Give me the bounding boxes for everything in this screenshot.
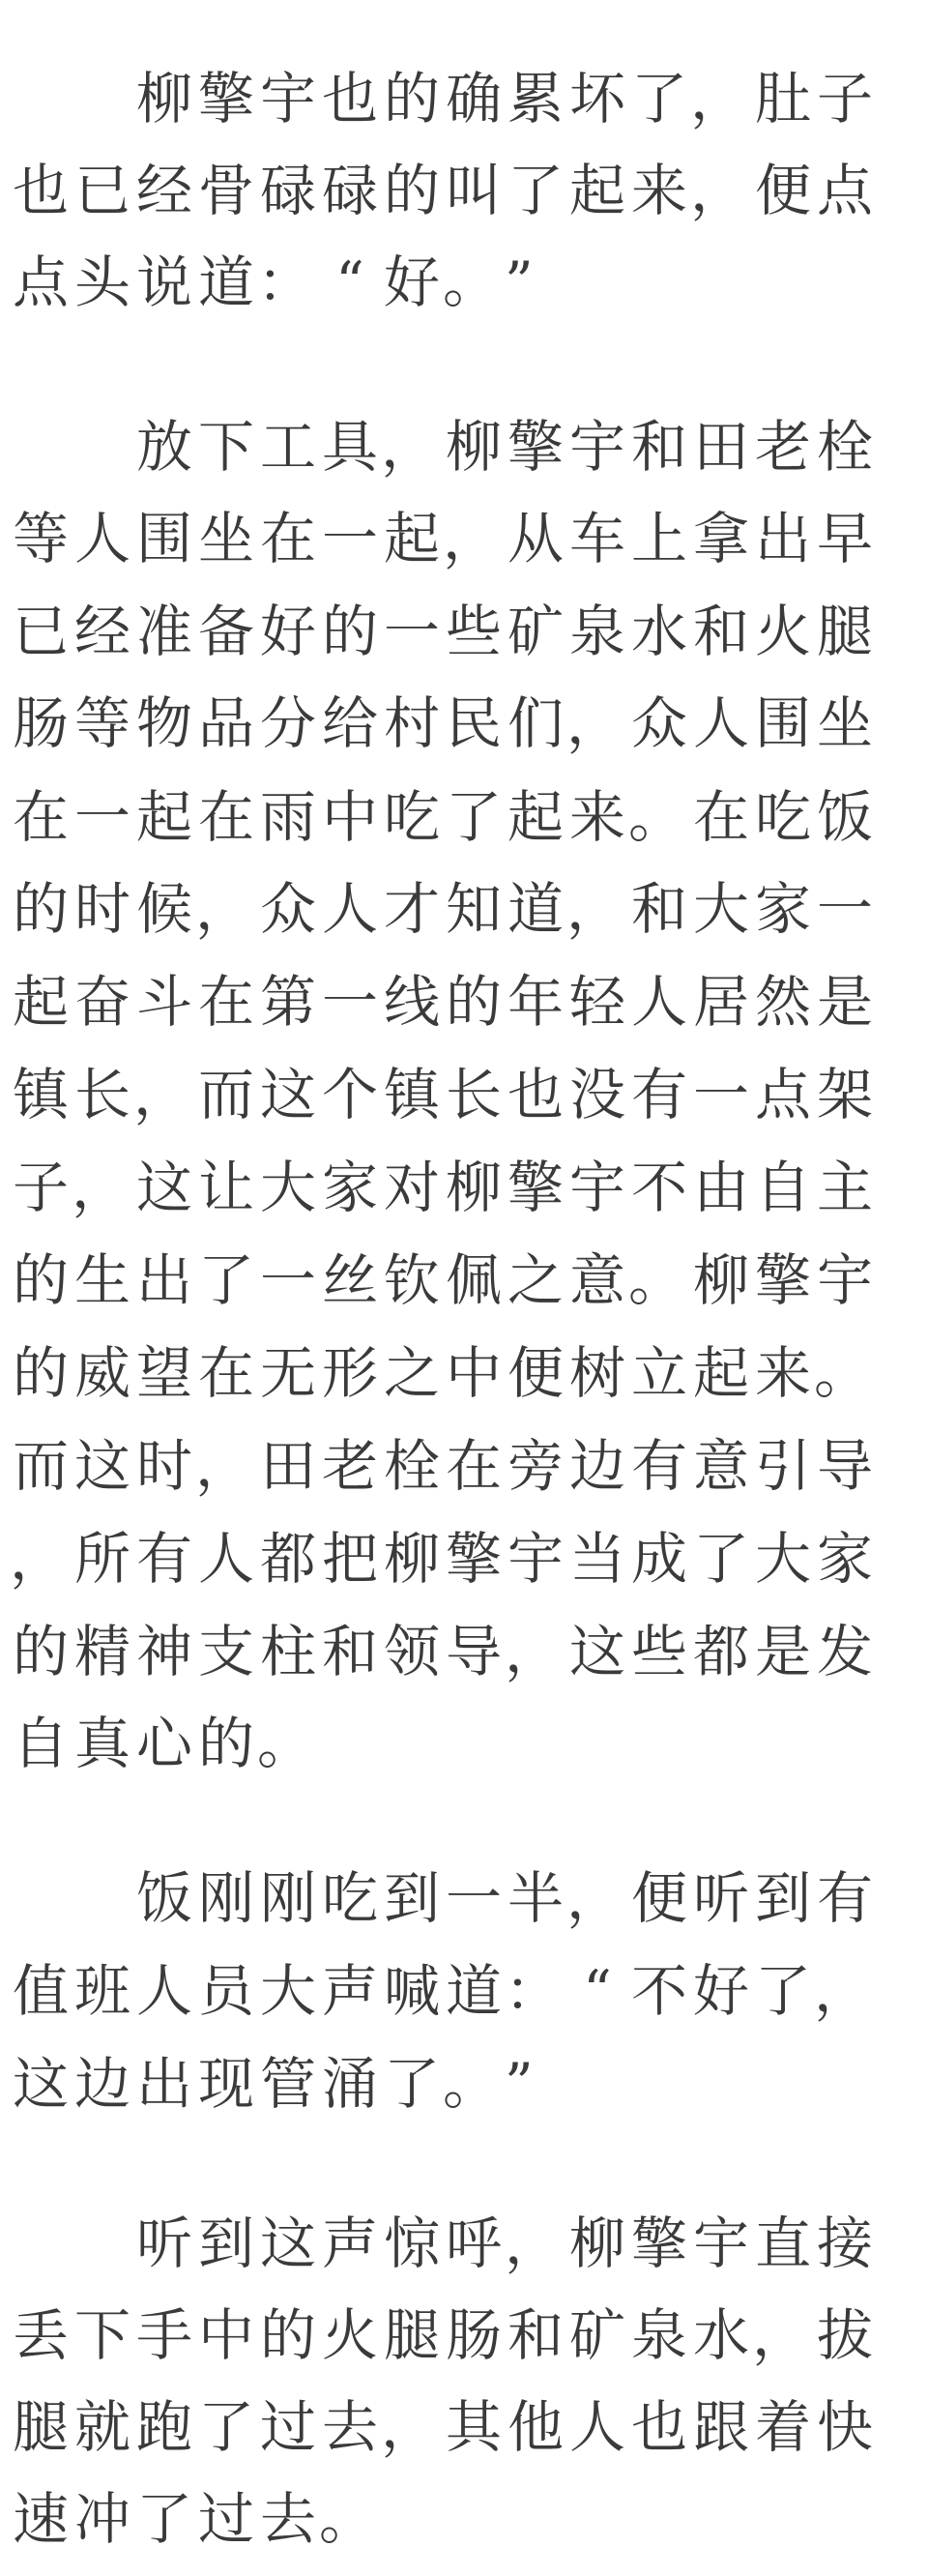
glyph: 柳 bbox=[690, 1245, 752, 1315]
glyph: 吃 bbox=[319, 1863, 381, 1933]
glyph: 时 bbox=[133, 1431, 195, 1501]
glyph: 村 bbox=[381, 688, 443, 758]
glyph: 速 bbox=[10, 2484, 72, 2554]
glyph: 值 bbox=[10, 1956, 72, 2026]
glyph: 和 bbox=[628, 874, 690, 944]
glyph: 把 bbox=[319, 1524, 381, 1594]
glyph: 才 bbox=[381, 874, 443, 944]
glyph: ， bbox=[381, 2392, 443, 2462]
glyph: 火 bbox=[319, 2300, 381, 2370]
glyph: 人 bbox=[566, 2392, 628, 2462]
glyph: 火 bbox=[752, 597, 814, 666]
glyph: 所 bbox=[72, 1524, 133, 1594]
indent-space bbox=[10, 412, 72, 482]
glyph: 出 bbox=[133, 2049, 195, 2119]
glyph: 工 bbox=[257, 412, 319, 482]
glyph: 雨 bbox=[257, 782, 319, 852]
glyph: 。 bbox=[319, 2484, 381, 2554]
glyph: 丝 bbox=[319, 1245, 381, 1315]
indent-space bbox=[10, 64, 72, 133]
glyph: 下 bbox=[195, 412, 257, 482]
glyph: 的 bbox=[10, 874, 72, 944]
glyph: 水 bbox=[628, 597, 690, 666]
text-line: 等人围坐在一起，从车上拿出早 bbox=[10, 504, 876, 573]
glyph: 拿 bbox=[690, 504, 752, 573]
glyph: 柳 bbox=[133, 64, 195, 133]
glyph: 而 bbox=[10, 1431, 72, 1501]
glyph: 让 bbox=[195, 1153, 257, 1222]
glyph: 过 bbox=[195, 2484, 257, 2554]
glyph: 刚 bbox=[257, 1863, 319, 1933]
glyph: ， bbox=[133, 1060, 195, 1129]
glyph: 树 bbox=[566, 1338, 628, 1408]
glyph: 放 bbox=[133, 412, 195, 482]
glyph: 和 bbox=[690, 597, 752, 666]
glyph: 一 bbox=[319, 504, 381, 573]
glyph: 的 bbox=[319, 597, 381, 666]
text-line: 子，这让大家对柳擎宇不由自主 bbox=[10, 1153, 876, 1222]
glyph: ， bbox=[443, 504, 505, 573]
glyph: 田 bbox=[690, 412, 752, 482]
glyph: 这 bbox=[72, 1431, 133, 1501]
glyph: 宇 bbox=[505, 1524, 566, 1594]
glyph: 骨 bbox=[195, 156, 257, 225]
text-line: 也已经骨碌碌的叫了起来，便点 bbox=[10, 156, 876, 225]
glyph: 有 bbox=[628, 1431, 690, 1501]
glyph: 自 bbox=[752, 1153, 814, 1222]
glyph: 导 bbox=[443, 1617, 505, 1686]
glyph: 边 bbox=[566, 1431, 628, 1501]
glyph: 现 bbox=[195, 2049, 257, 2119]
glyph: 也 bbox=[10, 156, 72, 225]
glyph: 擎 bbox=[443, 1524, 505, 1594]
glyph: 员 bbox=[195, 1956, 257, 2026]
text-line: ，所有人都把柳擎宇当成了大家 bbox=[10, 1524, 876, 1594]
glyph: “ bbox=[566, 1956, 628, 2026]
glyph: 望 bbox=[133, 1338, 195, 1408]
glyph: 好 bbox=[690, 1956, 752, 2026]
glyph: 刚 bbox=[195, 1863, 257, 1933]
glyph: 好 bbox=[381, 248, 443, 317]
indent-space bbox=[72, 2209, 133, 2278]
glyph: ” bbox=[505, 248, 566, 317]
glyph: ， bbox=[566, 874, 628, 944]
glyph: 说 bbox=[133, 248, 195, 317]
text-line: 已经准备好的一些矿泉水和火腿 bbox=[10, 597, 876, 666]
text-line: 在一起在雨中吃了起来。在吃饭 bbox=[10, 782, 876, 852]
glyph: 等 bbox=[10, 504, 72, 573]
glyph: 在 bbox=[195, 782, 257, 852]
glyph: 道 bbox=[443, 1956, 505, 2026]
glyph: 是 bbox=[752, 1617, 814, 1686]
glyph: 一 bbox=[814, 874, 876, 944]
glyph: 和 bbox=[505, 2300, 566, 2370]
glyph: 和 bbox=[319, 1617, 381, 1686]
glyph: 的 bbox=[381, 64, 443, 133]
glyph: ， bbox=[195, 1431, 257, 1501]
glyph: 对 bbox=[381, 1153, 443, 1222]
glyph: ” bbox=[505, 2049, 566, 2119]
glyph: 有 bbox=[133, 1524, 195, 1594]
glyph: 了 bbox=[628, 64, 690, 133]
glyph: 子 bbox=[10, 1153, 72, 1222]
glyph: 了 bbox=[443, 782, 505, 852]
glyph: 大 bbox=[257, 1153, 319, 1222]
text-line: 饭刚刚吃到一半，便听到有 bbox=[10, 1863, 876, 1933]
text-line: 速冲了过去。 bbox=[10, 2484, 381, 2554]
glyph: 众 bbox=[628, 688, 690, 758]
glyph: 去 bbox=[257, 2484, 319, 2554]
glyph: 呼 bbox=[443, 2209, 505, 2278]
glyph: 宇 bbox=[566, 412, 628, 482]
glyph: 人 bbox=[628, 967, 690, 1037]
glyph: 在 bbox=[195, 967, 257, 1037]
glyph: 饭 bbox=[133, 1863, 195, 1933]
glyph: 跑 bbox=[133, 2392, 195, 2462]
glyph: 来 bbox=[566, 782, 628, 852]
glyph: 拔 bbox=[814, 2300, 876, 2370]
indent-space bbox=[72, 64, 133, 133]
glyph: 没 bbox=[566, 1060, 628, 1129]
glyph: 腿 bbox=[381, 2300, 443, 2370]
glyph: 听 bbox=[690, 1863, 752, 1933]
glyph: 道 bbox=[505, 874, 566, 944]
glyph: 旁 bbox=[505, 1431, 566, 1501]
glyph: 由 bbox=[690, 1153, 752, 1222]
glyph: 。 bbox=[814, 1338, 876, 1408]
glyph: 人 bbox=[690, 688, 752, 758]
glyph: 柳 bbox=[381, 1524, 443, 1594]
glyph: 。 bbox=[257, 1709, 319, 1778]
text-line: 自真心的。 bbox=[10, 1709, 319, 1778]
glyph: 人 bbox=[72, 504, 133, 573]
glyph: 大 bbox=[752, 1524, 814, 1594]
glyph: ， bbox=[72, 1153, 133, 1222]
glyph: 们 bbox=[505, 688, 566, 758]
glyph: 的 bbox=[195, 1709, 257, 1778]
glyph: 。 bbox=[628, 782, 690, 852]
glyph: 声 bbox=[319, 2209, 381, 2278]
glyph: 肠 bbox=[10, 688, 72, 758]
glyph: 个 bbox=[319, 1060, 381, 1129]
glyph: 在 bbox=[10, 782, 72, 852]
glyph: 的 bbox=[10, 1338, 72, 1408]
glyph: 吃 bbox=[752, 782, 814, 852]
text-line: 值班人员大声喊道：“不好了， bbox=[10, 1956, 876, 2026]
glyph: 些 bbox=[628, 1617, 690, 1686]
glyph: ： bbox=[257, 248, 319, 317]
glyph: 都 bbox=[257, 1524, 319, 1594]
glyph: 经 bbox=[72, 597, 133, 666]
glyph: 导 bbox=[814, 1431, 876, 1501]
document-page: 柳擎宇也的确累坏了，肚子 也已经骨碌碌的叫了起来，便点 点头说道：“好。” 放下… bbox=[0, 0, 928, 2576]
glyph: 大 bbox=[257, 1956, 319, 2026]
glyph: 意 bbox=[566, 1245, 628, 1315]
glyph: 这 bbox=[10, 2049, 72, 2119]
glyph: 。 bbox=[628, 1245, 690, 1315]
glyph: 这 bbox=[566, 1617, 628, 1686]
glyph: 一 bbox=[690, 1060, 752, 1129]
glyph: 了 bbox=[505, 156, 566, 225]
glyph: ， bbox=[505, 1617, 566, 1686]
glyph: 也 bbox=[628, 2392, 690, 2462]
glyph: 引 bbox=[752, 1431, 814, 1501]
glyph: 跟 bbox=[690, 2392, 752, 2462]
glyph: 了 bbox=[195, 2392, 257, 2462]
glyph: 人 bbox=[319, 874, 381, 944]
text-line: 镇长，而这个镇长也没有一点架 bbox=[10, 1060, 876, 1129]
glyph: 擎 bbox=[752, 1245, 814, 1315]
glyph: 点 bbox=[752, 1060, 814, 1129]
glyph: 从 bbox=[505, 504, 566, 573]
glyph: 老 bbox=[752, 412, 814, 482]
glyph: 和 bbox=[628, 412, 690, 482]
glyph: 好 bbox=[257, 597, 319, 666]
glyph: 坐 bbox=[814, 688, 876, 758]
glyph: 而 bbox=[195, 1060, 257, 1129]
glyph: 真 bbox=[72, 1709, 133, 1778]
glyph: 到 bbox=[195, 2209, 257, 2278]
glyph: ： bbox=[505, 1956, 566, 2026]
glyph: 宇 bbox=[814, 1245, 876, 1315]
glyph: 居 bbox=[690, 967, 752, 1037]
glyph: 宇 bbox=[566, 1153, 628, 1222]
glyph: 腿 bbox=[10, 2392, 72, 2462]
glyph: 肚 bbox=[752, 64, 814, 133]
glyph: 道 bbox=[195, 248, 257, 317]
glyph: 长 bbox=[443, 1060, 505, 1129]
text-line: 丢下手中的火腿肠和矿泉水，拔 bbox=[10, 2300, 876, 2370]
glyph: ， bbox=[566, 1863, 628, 1933]
glyph: 坐 bbox=[195, 504, 257, 573]
glyph: 涌 bbox=[319, 2049, 381, 2119]
glyph: “ bbox=[319, 248, 381, 317]
glyph: 知 bbox=[443, 874, 505, 944]
glyph: 老 bbox=[319, 1431, 381, 1501]
text-line: 放下工具，柳擎宇和田老栓 bbox=[10, 412, 876, 482]
glyph: 这 bbox=[257, 2209, 319, 2278]
glyph: 有 bbox=[814, 1863, 876, 1933]
glyph: 围 bbox=[133, 504, 195, 573]
glyph: 这 bbox=[133, 1153, 195, 1222]
glyph: 到 bbox=[752, 1863, 814, 1933]
glyph: 擎 bbox=[628, 2209, 690, 2278]
glyph: 就 bbox=[72, 2392, 133, 2462]
glyph: 起 bbox=[690, 1338, 752, 1408]
glyph: 了 bbox=[133, 2484, 195, 2554]
glyph: 具 bbox=[319, 412, 381, 482]
glyph: ， bbox=[10, 1524, 72, 1594]
glyph: 下 bbox=[72, 2300, 133, 2370]
indent-space bbox=[72, 1863, 133, 1933]
glyph: 也 bbox=[319, 64, 381, 133]
glyph: 镇 bbox=[10, 1060, 72, 1129]
glyph: 已 bbox=[72, 156, 133, 225]
glyph: 中 bbox=[195, 2300, 257, 2370]
glyph: 的 bbox=[257, 2300, 319, 2370]
glyph: 上 bbox=[628, 504, 690, 573]
glyph: 矿 bbox=[505, 597, 566, 666]
glyph: 班 bbox=[72, 1956, 133, 2026]
glyph: 水 bbox=[690, 2300, 752, 2370]
glyph: ， bbox=[195, 874, 257, 944]
glyph: 不 bbox=[628, 1153, 690, 1222]
glyph: 成 bbox=[628, 1524, 690, 1594]
glyph: 之 bbox=[505, 1245, 566, 1315]
glyph: 发 bbox=[814, 1617, 876, 1686]
glyph: 起 bbox=[505, 782, 566, 852]
glyph: 碌 bbox=[319, 156, 381, 225]
glyph: 。 bbox=[443, 248, 505, 317]
glyph: 车 bbox=[566, 504, 628, 573]
glyph: 起 bbox=[381, 504, 443, 573]
glyph: 人 bbox=[195, 1524, 257, 1594]
glyph: 便 bbox=[752, 156, 814, 225]
glyph: ， bbox=[690, 64, 752, 133]
glyph: 了 bbox=[381, 2049, 443, 2119]
glyph: 了 bbox=[195, 1245, 257, 1315]
glyph: 佩 bbox=[443, 1245, 505, 1315]
text-line: 而这时，田老栓在旁边有意引导 bbox=[10, 1431, 876, 1501]
glyph: 围 bbox=[752, 688, 814, 758]
glyph: 饭 bbox=[814, 782, 876, 852]
glyph: 在 bbox=[443, 1431, 505, 1501]
glyph: ， bbox=[381, 412, 443, 482]
glyph: 去 bbox=[319, 2392, 381, 2462]
glyph: 精 bbox=[72, 1617, 133, 1686]
glyph: 。 bbox=[443, 2049, 505, 2119]
glyph: 些 bbox=[443, 597, 505, 666]
glyph: 有 bbox=[628, 1060, 690, 1129]
glyph: 出 bbox=[133, 1245, 195, 1315]
glyph: 年 bbox=[505, 967, 566, 1037]
glyph: ， bbox=[752, 2300, 814, 2370]
text-line: 起奋斗在第一线的年轻人居然是 bbox=[10, 967, 876, 1037]
glyph: 冲 bbox=[72, 2484, 133, 2554]
glyph: 家 bbox=[752, 874, 814, 944]
glyph: 腿 bbox=[814, 597, 876, 666]
glyph: 等 bbox=[72, 688, 133, 758]
glyph: 丢 bbox=[10, 2300, 72, 2370]
glyph: 来 bbox=[752, 1338, 814, 1408]
glyph: 出 bbox=[752, 504, 814, 573]
text-line: 的精神支柱和领导，这些都是发 bbox=[10, 1617, 876, 1686]
glyph: 主 bbox=[814, 1153, 876, 1222]
glyph: 经 bbox=[133, 156, 195, 225]
glyph: 领 bbox=[381, 1617, 443, 1686]
glyph: 物 bbox=[133, 688, 195, 758]
glyph: ， bbox=[505, 2209, 566, 2278]
glyph: 第 bbox=[257, 967, 319, 1037]
glyph: 人 bbox=[133, 1956, 195, 2026]
glyph: 柱 bbox=[257, 1617, 319, 1686]
glyph: 一 bbox=[72, 782, 133, 852]
glyph: 线 bbox=[381, 967, 443, 1037]
glyph: 泉 bbox=[628, 2300, 690, 2370]
glyph: 早 bbox=[814, 504, 876, 573]
glyph: 是 bbox=[814, 967, 876, 1037]
glyph: 钦 bbox=[381, 1245, 443, 1315]
glyph: 手 bbox=[133, 2300, 195, 2370]
glyph: 镇 bbox=[381, 1060, 443, 1129]
glyph: 众 bbox=[257, 874, 319, 944]
glyph: 到 bbox=[381, 1863, 443, 1933]
glyph: 准 bbox=[133, 597, 195, 666]
glyph: 泉 bbox=[566, 597, 628, 666]
text-line: 的生出了一丝钦佩之意。柳擎宇 bbox=[10, 1245, 876, 1315]
glyph: 之 bbox=[381, 1338, 443, 1408]
glyph: 累 bbox=[505, 64, 566, 133]
glyph: 起 bbox=[10, 967, 72, 1037]
text-line: 肠等物品分给村民们，众人围坐 bbox=[10, 688, 876, 758]
glyph: 威 bbox=[72, 1338, 133, 1408]
glyph: 候 bbox=[133, 874, 195, 944]
text-line: 这边出现管涌了。” bbox=[10, 2049, 566, 2119]
glyph: ， bbox=[690, 156, 752, 225]
glyph: 这 bbox=[257, 1060, 319, 1129]
glyph: 喊 bbox=[381, 1956, 443, 2026]
glyph: 擎 bbox=[505, 1153, 566, 1222]
glyph: ， bbox=[814, 1956, 876, 2026]
glyph: 架 bbox=[814, 1060, 876, 1129]
glyph: 支 bbox=[195, 1617, 257, 1686]
glyph: 不 bbox=[628, 1956, 690, 2026]
glyph: 起 bbox=[133, 782, 195, 852]
glyph: 他 bbox=[505, 2392, 566, 2462]
glyph: 然 bbox=[752, 967, 814, 1037]
glyph: 的 bbox=[443, 967, 505, 1037]
glyph: 吃 bbox=[381, 782, 443, 852]
glyph: 都 bbox=[690, 1617, 752, 1686]
glyph: 民 bbox=[443, 688, 505, 758]
glyph: 半 bbox=[505, 1863, 566, 1933]
glyph: 田 bbox=[257, 1431, 319, 1501]
glyph: 擎 bbox=[505, 412, 566, 482]
glyph: 快 bbox=[814, 2392, 876, 2462]
glyph: 听 bbox=[133, 2209, 195, 2278]
glyph: 的 bbox=[381, 156, 443, 225]
glyph: 中 bbox=[319, 782, 381, 852]
glyph: 的 bbox=[10, 1617, 72, 1686]
glyph: 立 bbox=[628, 1338, 690, 1408]
text-line: 点头说道：“好。” bbox=[10, 248, 566, 317]
glyph: 宇 bbox=[690, 2209, 752, 2278]
glyph: 栓 bbox=[381, 1431, 443, 1501]
glyph: 在 bbox=[257, 504, 319, 573]
text-line: 柳擎宇也的确累坏了，肚子 bbox=[10, 64, 876, 133]
glyph: 家 bbox=[814, 1524, 876, 1594]
glyph: 备 bbox=[195, 597, 257, 666]
glyph: 坏 bbox=[566, 64, 628, 133]
glyph: 边 bbox=[72, 2049, 133, 2119]
glyph: 点 bbox=[814, 156, 876, 225]
glyph: 一 bbox=[319, 967, 381, 1037]
glyph: 起 bbox=[566, 156, 628, 225]
glyph: 长 bbox=[72, 1060, 133, 1129]
glyph: 在 bbox=[195, 1338, 257, 1408]
glyph: 了 bbox=[690, 1524, 752, 1594]
glyph: 擎 bbox=[195, 64, 257, 133]
glyph: 一 bbox=[443, 1863, 505, 1933]
glyph: 生 bbox=[72, 1245, 133, 1315]
glyph: 便 bbox=[628, 1863, 690, 1933]
glyph: 叫 bbox=[443, 156, 505, 225]
text-line: 的威望在无形之中便树立起来。 bbox=[10, 1338, 876, 1408]
glyph: 家 bbox=[319, 1153, 381, 1222]
glyph: 点 bbox=[10, 248, 72, 317]
glyph: 栓 bbox=[814, 412, 876, 482]
glyph: 品 bbox=[195, 688, 257, 758]
